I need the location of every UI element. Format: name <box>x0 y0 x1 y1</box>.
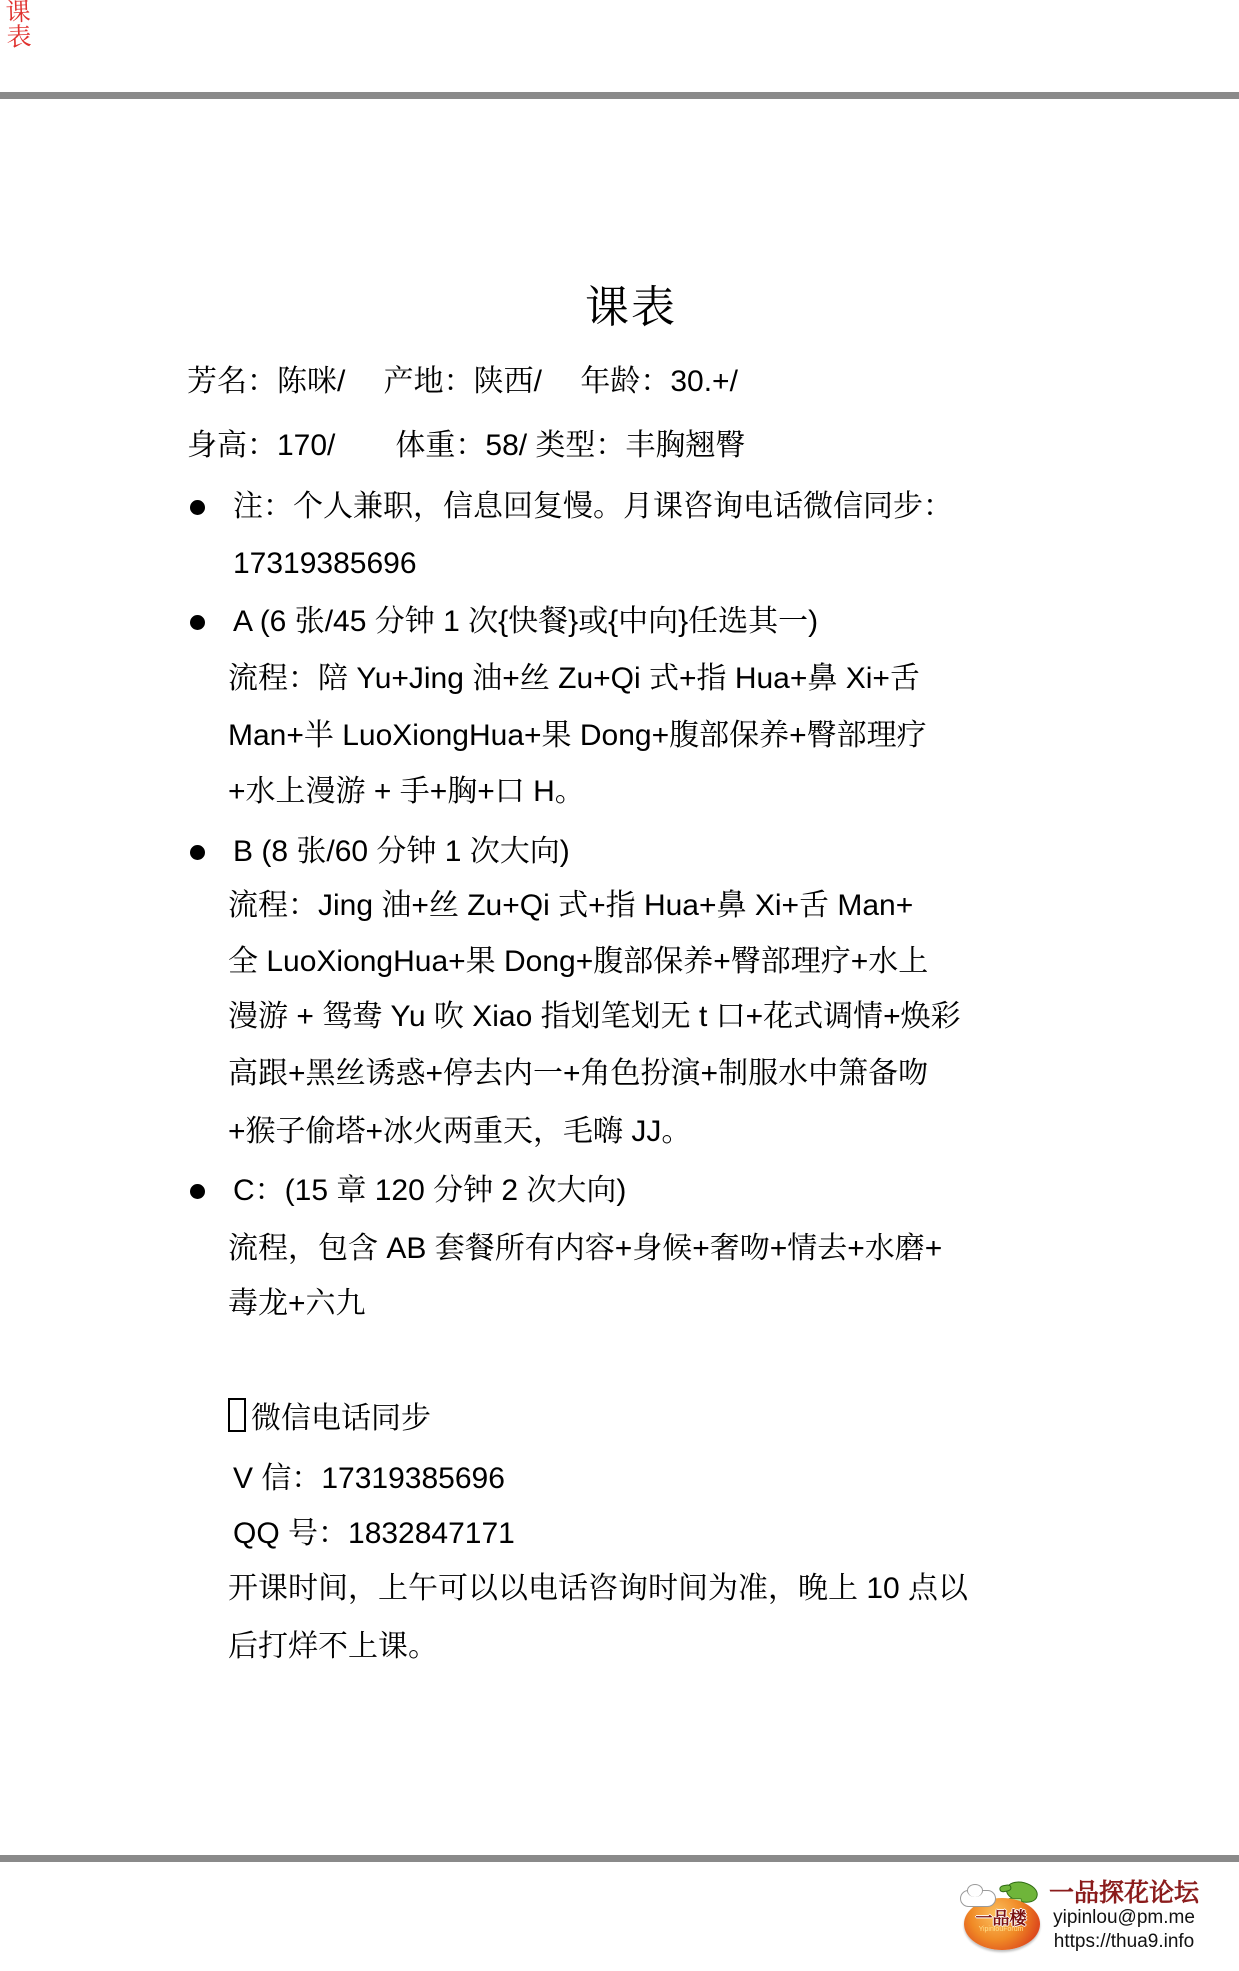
contact-hours-line-1: 开课时间，上午可以以电话咨询时间为准，晚上 10 点以 <box>228 1560 968 1617</box>
package-a-line-4: +水上漫游 + 手+胸+口 H。 <box>228 763 585 820</box>
forum-url: https://thua9.info <box>1048 1931 1200 1953</box>
package-b-title: B (8 张/60 分钟 1 次大向) <box>233 823 570 880</box>
note-phone-number: 17319385696 <box>233 535 417 592</box>
package-a-line-3: Man+半 LuoXiongHua+果 Dong+腹部保养+臀部理疗 <box>228 707 927 764</box>
note-line-1: 注：个人兼职，信息回复慢。月课咨询电话微信同步： <box>233 478 953 535</box>
package-b-line-3: 全 LuoXiongHua+果 Dong+腹部保养+臀部理疗+水上 <box>228 933 928 990</box>
forum-email: yipinlou@pm.me <box>1048 1907 1200 1929</box>
corner-mark-1: 课 <box>5 0 50 26</box>
forum-name: 一品探花论坛 <box>1048 1880 1200 1906</box>
corner-red-marks: 课 表 <box>5 0 51 51</box>
contact-wechat: V 信：17319385696 <box>233 1450 505 1507</box>
top-divider <box>0 92 1239 99</box>
package-b-line-5: 高跟+黑丝诱惑+停去内一+角色扮演+制服水中箫备吻 <box>228 1045 928 1102</box>
package-b-line-4: 漫游 + 鸳鸯 Yu 吹 Xiao 指划笔划无 t 口+花式调情+焕彩 <box>228 988 961 1045</box>
bullet-dot-package-c <box>190 1184 205 1199</box>
package-a-line-2: 流程：陪 Yu+Jing 油+丝 Zu+Qi 式+指 Hua+鼻 Xi+舌 <box>228 650 920 707</box>
package-c-line-3: 毒龙+六九 <box>228 1275 366 1332</box>
bullet-dot-package-a <box>190 615 205 630</box>
page-title: 课表 <box>187 279 1075 336</box>
package-c-line-2: 流程，包含 AB 套餐所有内容+身候+奢吻+情去+水磨+ <box>228 1220 942 1277</box>
package-b-line-6: +猴子偷塔+冰火两重天，毛嗨 JJ。 <box>228 1103 691 1160</box>
package-c-title: C：(15 章 120 分钟 2 次大向) <box>233 1162 626 1219</box>
forum-logo: 一品楼 YipinlouForum <box>960 1882 1042 1952</box>
info-line-name-origin-age: 芳名：陈咪/ 产地：陕西/ 年龄：30.+/ <box>187 353 738 410</box>
bullet-dot-note <box>190 500 205 515</box>
info-line-height-weight-type: 身高：170/ 体重：58/ 类型：丰胸翘臀 <box>187 417 745 474</box>
bottom-divider <box>0 1855 1239 1862</box>
package-a-title: A (6 张/45 分钟 1 次{快餐}或{中向}任选其一) <box>233 593 818 650</box>
contact-sync-line: 微信电话同步 <box>228 1390 431 1447</box>
logo-english-text: YipinlouForum <box>960 1926 1042 1933</box>
missing-glyph-box <box>228 1398 246 1432</box>
contact-sync-text: 微信电话同步 <box>251 1402 431 1435</box>
corner-mark-2: 表 <box>6 24 51 51</box>
contact-qq: QQ 号：1832847171 <box>233 1505 515 1562</box>
bullet-dot-package-b <box>190 845 205 860</box>
package-b-line-2: 流程：Jing 油+丝 Zu+Qi 式+指 Hua+鼻 Xi+舌 Man+ <box>228 877 913 934</box>
contact-hours-line-2: 后打烊不上课。 <box>228 1618 438 1675</box>
